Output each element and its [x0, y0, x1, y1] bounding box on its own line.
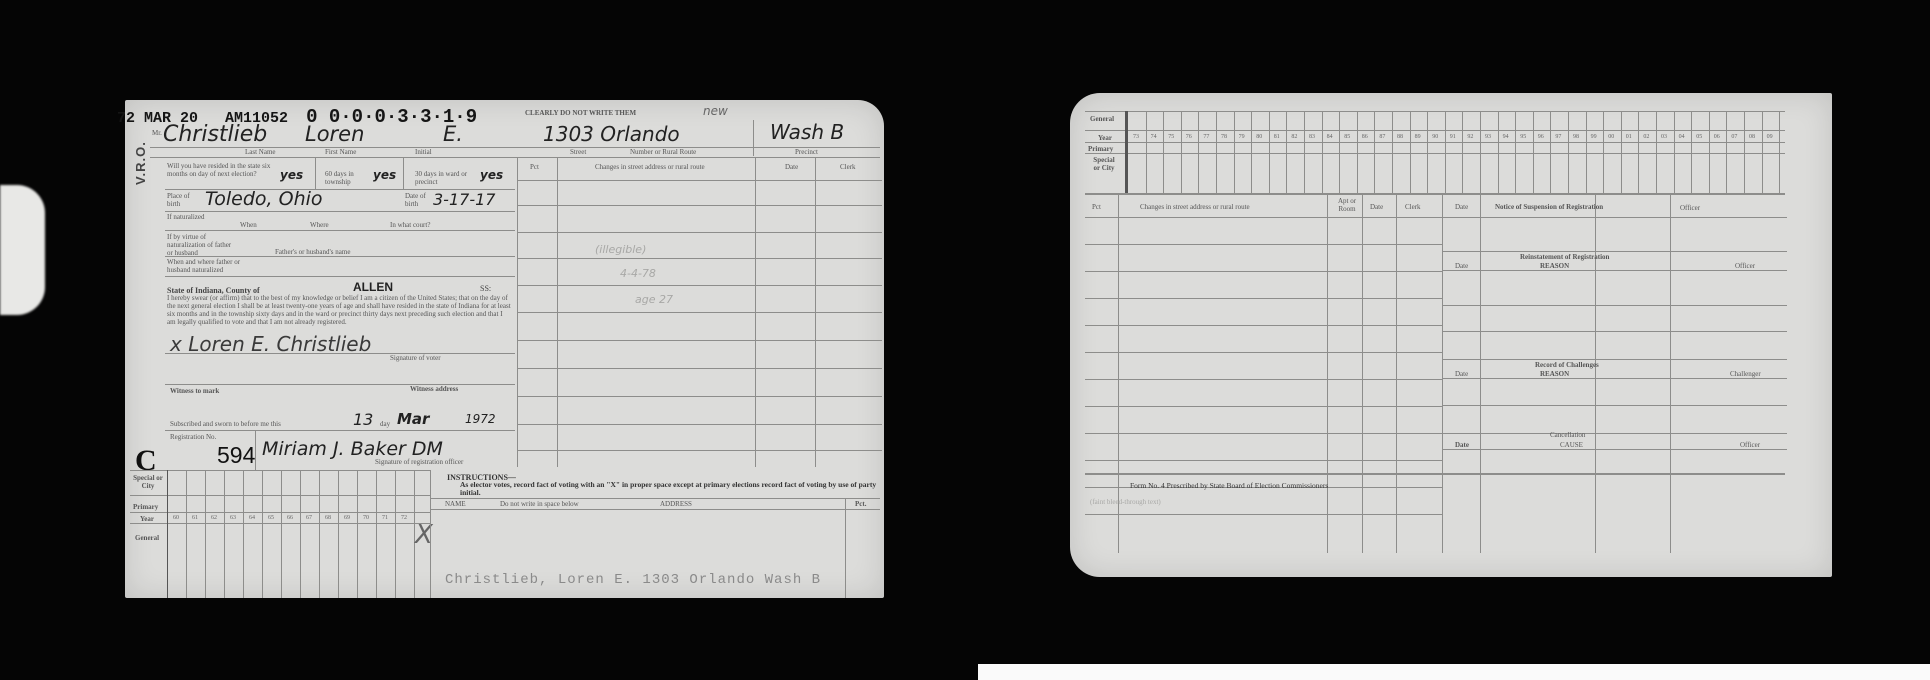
grid-column-divider: [1762, 111, 1763, 193]
resided-township-answer: yes: [373, 168, 396, 182]
grid-column-divider: [300, 470, 301, 598]
initial-value: E.: [443, 122, 463, 146]
subscribed-day: 13: [353, 410, 373, 429]
grid-column-divider: [1163, 111, 1164, 193]
year-cell: 09: [1763, 134, 1777, 140]
year-cell: 87: [1375, 134, 1389, 140]
suspension-date-header: Date: [1455, 203, 1468, 211]
grid-column-divider: [1251, 111, 1252, 193]
grid-column-divider: [1550, 111, 1551, 193]
grid-column-divider: [1656, 111, 1657, 193]
grid-column-divider: [319, 470, 320, 598]
grid-column-divider: [1779, 111, 1780, 193]
year-cell: 75: [1164, 134, 1178, 140]
grid-column-divider: [1498, 111, 1499, 193]
grid-label-special: Special or City: [133, 474, 163, 490]
place-of-birth-value: Toledo, Ohio: [205, 188, 323, 210]
bottom-white-strip: [978, 664, 1930, 680]
officer-signature-label: Signature of registration officer: [375, 458, 463, 466]
grid-column-divider: [1269, 111, 1270, 193]
grid-column-divider: [1603, 111, 1604, 193]
first-name-label: First Name: [325, 148, 356, 156]
grid-column-divider: [1533, 111, 1534, 193]
back-pct-header: Pct: [1092, 203, 1101, 211]
typed-name-address: Christlieb, Loren E. 1303 Orlando Wash B: [445, 572, 821, 588]
subscribed-month: Mar: [397, 410, 429, 428]
grid-column-divider: [1410, 111, 1411, 193]
grid-column-divider: [1568, 111, 1569, 193]
challenges-challenger-header: Challenger: [1730, 370, 1761, 378]
cancellation-officer-header: Officer: [1740, 441, 1760, 449]
year-cell: 85: [1340, 134, 1354, 140]
subscribed-label: Subscribed and sworn to before me this: [170, 420, 281, 428]
year-cell: 06: [1710, 134, 1724, 140]
print-notice: CLEARLY DO NOT WRITE THEM: [525, 109, 636, 117]
back-grid-label-general: General: [1090, 115, 1114, 123]
year-cell: 91: [1446, 134, 1460, 140]
grid-column-divider: [262, 470, 263, 598]
grid-column-divider: [1234, 111, 1235, 193]
year-cell: 90: [1428, 134, 1442, 140]
address-column-label: ADDRESS: [660, 500, 692, 508]
year-cell: 03: [1657, 134, 1671, 140]
first-name-value: Loren: [305, 122, 364, 146]
oath-ss: SS:: [480, 284, 491, 293]
year-cell: 96: [1534, 134, 1548, 140]
date-of-birth-label: Date of birth: [405, 192, 435, 208]
resided-township-label: 60 days in township: [325, 170, 375, 186]
year-cell: 93: [1481, 134, 1495, 140]
change-entry-2: 4-4-78: [620, 267, 656, 280]
year-cell: 81: [1270, 134, 1284, 140]
back-changes-header: Changes in street address or rural route: [1140, 203, 1250, 211]
grid-column-divider: [1586, 111, 1587, 193]
grid-column-divider: [1744, 111, 1745, 193]
year-cell: 67: [302, 515, 316, 521]
witness-address-label: Witness address: [410, 385, 458, 393]
grid-column-divider: [243, 470, 244, 598]
back-date-header: Date: [1370, 203, 1383, 211]
reinstatement-title: Reinstatement of Registration: [1520, 253, 1609, 261]
year-cell: 76: [1182, 134, 1196, 140]
year-cell: 70: [359, 515, 373, 521]
grid-column-divider: [1445, 111, 1446, 193]
grid-column-divider: [395, 470, 396, 598]
year-cell: 64: [245, 515, 259, 521]
registration-card-back: General Year Primary Special or City 737…: [1070, 93, 1832, 577]
faint-bleed-text: (faint bleed-through text): [1090, 498, 1420, 506]
grid-column-divider: [1674, 111, 1675, 193]
resided-state-answer: yes: [280, 168, 303, 182]
place-of-birth-label: Place of birth: [167, 192, 197, 208]
subscribed-year: 1972: [465, 412, 496, 426]
year-cell: 94: [1499, 134, 1513, 140]
challenges-date-header: Date: [1455, 370, 1468, 378]
year-cell: 00: [1604, 134, 1618, 140]
pct-column-label: Pct.: [855, 500, 866, 508]
grid-column-divider: [1621, 111, 1622, 193]
grid-column-divider: [1304, 111, 1305, 193]
change-entry-3: age 27: [635, 293, 673, 306]
year-cell: 08: [1745, 134, 1759, 140]
grid-column-divider: [1427, 111, 1428, 193]
county-value: ALLEN: [353, 280, 393, 294]
do-not-write-label: Do not write in space below: [500, 500, 579, 508]
year-cell: 89: [1411, 134, 1425, 140]
when-label: When: [240, 221, 257, 229]
year-cell: 72: [397, 515, 411, 521]
suspension-officer-header: Officer: [1680, 204, 1700, 212]
back-grid-label-year: Year: [1098, 134, 1112, 142]
year-cell: 98: [1569, 134, 1583, 140]
street-value: 1303 Orlando: [543, 122, 680, 146]
year-cell: 71: [378, 515, 392, 521]
precinct-value: Wash B: [770, 120, 844, 144]
grid-column-divider: [224, 470, 225, 598]
voter-signature-label: Signature of voter: [390, 354, 441, 362]
year-cell: 04: [1675, 134, 1689, 140]
grid-column-divider: [1146, 111, 1147, 193]
registration-no-label: Registration No.: [170, 433, 216, 441]
if-naturalized-label: If naturalized: [167, 213, 217, 221]
registration-card-front: 72 MAR 20 AM11052 0 0·0·0·3·3·1·9 CLEARL…: [125, 100, 884, 598]
year-cell: 78: [1217, 134, 1231, 140]
year-cell: 88: [1393, 134, 1407, 140]
adjacent-card-edge: [0, 185, 45, 315]
year-cell: 02: [1639, 134, 1653, 140]
cancellation-date-header: Date: [1455, 441, 1469, 449]
grid-column-divider: [1216, 111, 1217, 193]
change-entry-1: (illegible): [595, 243, 646, 256]
cancellation-cause-header: CAUSE: [1560, 441, 1583, 449]
year-cell: 61: [188, 515, 202, 521]
back-grid-label-primary: Primary: [1088, 145, 1113, 153]
when-where-father-label: When and where father or husband natural…: [167, 258, 257, 274]
fathers-name-label: Father's or husband's name: [275, 248, 350, 256]
apt-room-header: Apt or Room: [1332, 197, 1362, 213]
resided-ward-label: 30 days in ward or precinct: [415, 170, 475, 186]
challenges-reason-header: REASON: [1540, 370, 1569, 378]
name-column-label: NAME: [445, 500, 466, 508]
resided-ward-answer: yes: [480, 168, 503, 182]
year-cell: 07: [1727, 134, 1741, 140]
year-cell: 05: [1692, 134, 1706, 140]
registration-number: 594: [217, 442, 255, 469]
year-cell: 69: [340, 515, 354, 521]
grid-label-year: Year: [140, 515, 154, 523]
in-what-court-label: In what court?: [390, 221, 430, 229]
reinstatement-officer-header: Officer: [1735, 262, 1755, 270]
date-of-birth-value: 3-17-17: [433, 190, 495, 209]
year-cell: 97: [1551, 134, 1565, 140]
year-cell: 73: [1129, 134, 1143, 140]
grid-column-divider: [1462, 111, 1463, 193]
date-header: Date: [785, 163, 798, 171]
clerk-header: Clerk: [840, 163, 856, 171]
year-cell: 65: [264, 515, 278, 521]
reinstatement-reason-header: REASON: [1540, 262, 1569, 270]
street-label: Street: [570, 148, 586, 156]
grid-column-divider: [1181, 111, 1182, 193]
year-cell: 66: [283, 515, 297, 521]
witness-label: Witness to mark: [170, 387, 219, 395]
reinstatement-date-header: Date: [1455, 262, 1468, 270]
vro-side-label: V.R.O.: [133, 141, 148, 185]
grid-column-divider: [1709, 111, 1710, 193]
grid-column-divider: [1322, 111, 1323, 193]
grid-column-divider: [1726, 111, 1727, 193]
suspension-title: Notice of Suspension of Registration: [1495, 203, 1603, 211]
grid-column-divider: [205, 470, 206, 598]
where-label: Where: [310, 221, 329, 229]
year-cell: 01: [1622, 134, 1636, 140]
grid-label-primary: Primary: [133, 503, 158, 511]
year-cell: 62: [207, 515, 221, 521]
year-cell: 83: [1305, 134, 1319, 140]
day-label: day: [380, 420, 390, 428]
grid-column-divider: [376, 470, 377, 598]
annotation-new: new: [703, 104, 728, 118]
officer-signature: Miriam J. Baker DM: [262, 438, 443, 460]
grid-column-divider: [357, 470, 358, 598]
letter-code: C: [135, 444, 157, 478]
grid-column-divider: [281, 470, 282, 598]
year-cell: 95: [1516, 134, 1530, 140]
grid-label-general: General: [135, 534, 159, 542]
year-cell: 79: [1235, 134, 1249, 140]
form-footer: Form No. 4 Prescribed by State Board of …: [1130, 482, 1328, 490]
instructions-text: As elector votes, record fact of voting …: [460, 481, 880, 497]
last-name-label: Last Name: [245, 148, 276, 156]
year-cell: 63: [226, 515, 240, 521]
challenges-title: Record of Challenges: [1535, 361, 1599, 369]
year-cell: 68: [321, 515, 335, 521]
back-grid-label-special: Special or City: [1090, 156, 1118, 172]
year-cell: 60: [169, 515, 183, 521]
precinct-label: Precinct: [795, 148, 818, 156]
grid-column-divider: [1515, 111, 1516, 193]
grid-column-divider: [1286, 111, 1287, 193]
back-clerk-header: Clerk: [1405, 203, 1421, 211]
grid-column-divider: [1638, 111, 1639, 193]
changes-header: Changes in street address or rural route: [595, 163, 705, 171]
resided-state-label: Will you have resided in the state six m…: [167, 162, 277, 178]
last-name-value: Christlieb: [163, 122, 267, 147]
grid-column-divider: [1691, 111, 1692, 193]
number-route-label: Number or Rural Route: [630, 148, 696, 156]
year-cell: 86: [1358, 134, 1372, 140]
initial-label: Initial: [415, 148, 432, 156]
grid-column-divider: [1480, 111, 1481, 193]
grid-column-divider: [1392, 111, 1393, 193]
year-cell: 74: [1147, 134, 1161, 140]
by-virtue-label: If by virtue of naturalization of father…: [167, 233, 237, 257]
title-prefix: Mr.: [152, 129, 162, 137]
grid-column-divider: [186, 470, 187, 598]
year-cell: 80: [1252, 134, 1266, 140]
grid-column-divider: [338, 470, 339, 598]
pct-header: Pct: [530, 163, 539, 171]
grid-column-divider: [1339, 111, 1340, 193]
year-cell: 92: [1463, 134, 1477, 140]
oath-text: I hereby swear (or affirm) that to the b…: [167, 294, 512, 326]
cancellation-title: Cancellation: [1550, 431, 1585, 439]
year-cell: 99: [1587, 134, 1601, 140]
year-cell: 77: [1199, 134, 1213, 140]
year-cell: 84: [1323, 134, 1337, 140]
grid-column-divider: [1198, 111, 1199, 193]
grid-column-divider: [1374, 111, 1375, 193]
year-cell: 82: [1287, 134, 1301, 140]
grid-column-divider: [1357, 111, 1358, 193]
